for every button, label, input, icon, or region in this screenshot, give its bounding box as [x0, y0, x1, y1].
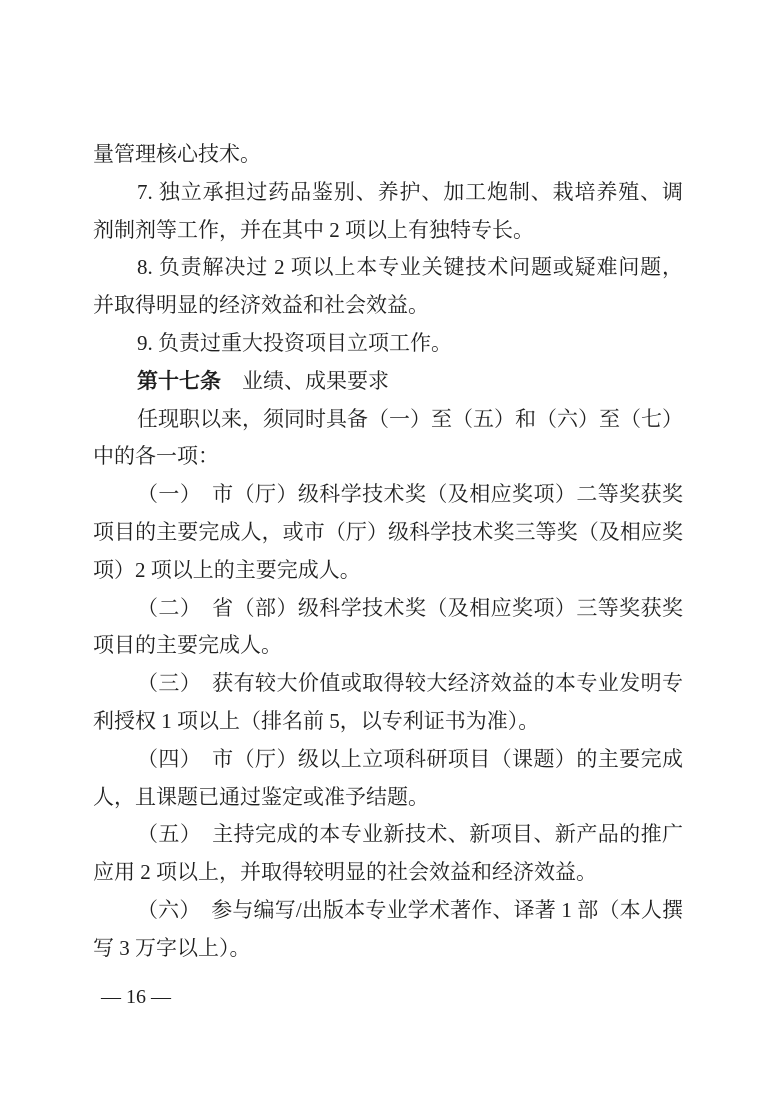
text-line: 人，且课题已通过鉴定或准予结题。	[93, 779, 683, 817]
text-line: 剂制剂等工作，并在其中 2 项以上有独特专长。	[93, 212, 683, 250]
article-number-bold: 第十七条	[137, 369, 221, 393]
text-line: 中的各一项：	[93, 438, 683, 476]
text-line: （四） 市（厅）级以上立项科研项目（课题）的主要完成	[93, 741, 683, 779]
document-page: 量管理核心技术。7. 独立承担过药品鉴别、养护、加工炮制、栽培养殖、调剂制剂等工…	[0, 0, 777, 1099]
text-line: 并取得明显的经济效益和社会效益。	[93, 287, 683, 325]
article-heading: 第十七条 业绩、成果要求	[93, 363, 683, 401]
page-number: — 16 —	[101, 984, 171, 1010]
text-line: （一） 市（厅）级科学技术奖（及相应奖项）二等奖获奖	[93, 476, 683, 514]
text-line: 量管理核心技术。	[93, 136, 683, 174]
text-line: （六） 参与编写/出版本专业学术著作、译著 1 部（本人撰	[93, 892, 683, 930]
text-line: 项目的主要完成人，或市（厅）级科学技术奖三等奖（及相应奖	[93, 514, 683, 552]
text-line: （三） 获有较大价值或取得较大经济效益的本专业发明专	[93, 665, 683, 703]
text-line: 利授权 1 项以上（排名前 5，以专利证书为准）。	[93, 703, 683, 741]
text-line: （五） 主持完成的本专业新技术、新项目、新产品的推广	[93, 816, 683, 854]
text-line: 任现职以来，须同时具备（一）至（五）和（六）至（七）	[93, 401, 683, 439]
text-line: 9. 负责过重大投资项目立项工作。	[93, 325, 683, 363]
document-lines: 量管理核心技术。7. 独立承担过药品鉴别、养护、加工炮制、栽培养殖、调剂制剂等工…	[93, 136, 683, 968]
text-line: （二） 省（部）级科学技术奖（及相应奖项）三等奖获奖	[93, 590, 683, 628]
text-line: 8. 负责解决过 2 项以上本专业关键技术问题或疑难问题，	[93, 249, 683, 287]
text-line: 应用 2 项以上，并取得较明显的社会效益和经济效益。	[93, 854, 683, 892]
text-line: 项）2 项以上的主要完成人。	[93, 552, 683, 590]
text-line: 7. 独立承担过药品鉴别、养护、加工炮制、栽培养殖、调	[93, 174, 683, 212]
text-line: 写 3 万字以上）。	[93, 930, 683, 968]
text-line: 项目的主要完成人。	[93, 627, 683, 665]
